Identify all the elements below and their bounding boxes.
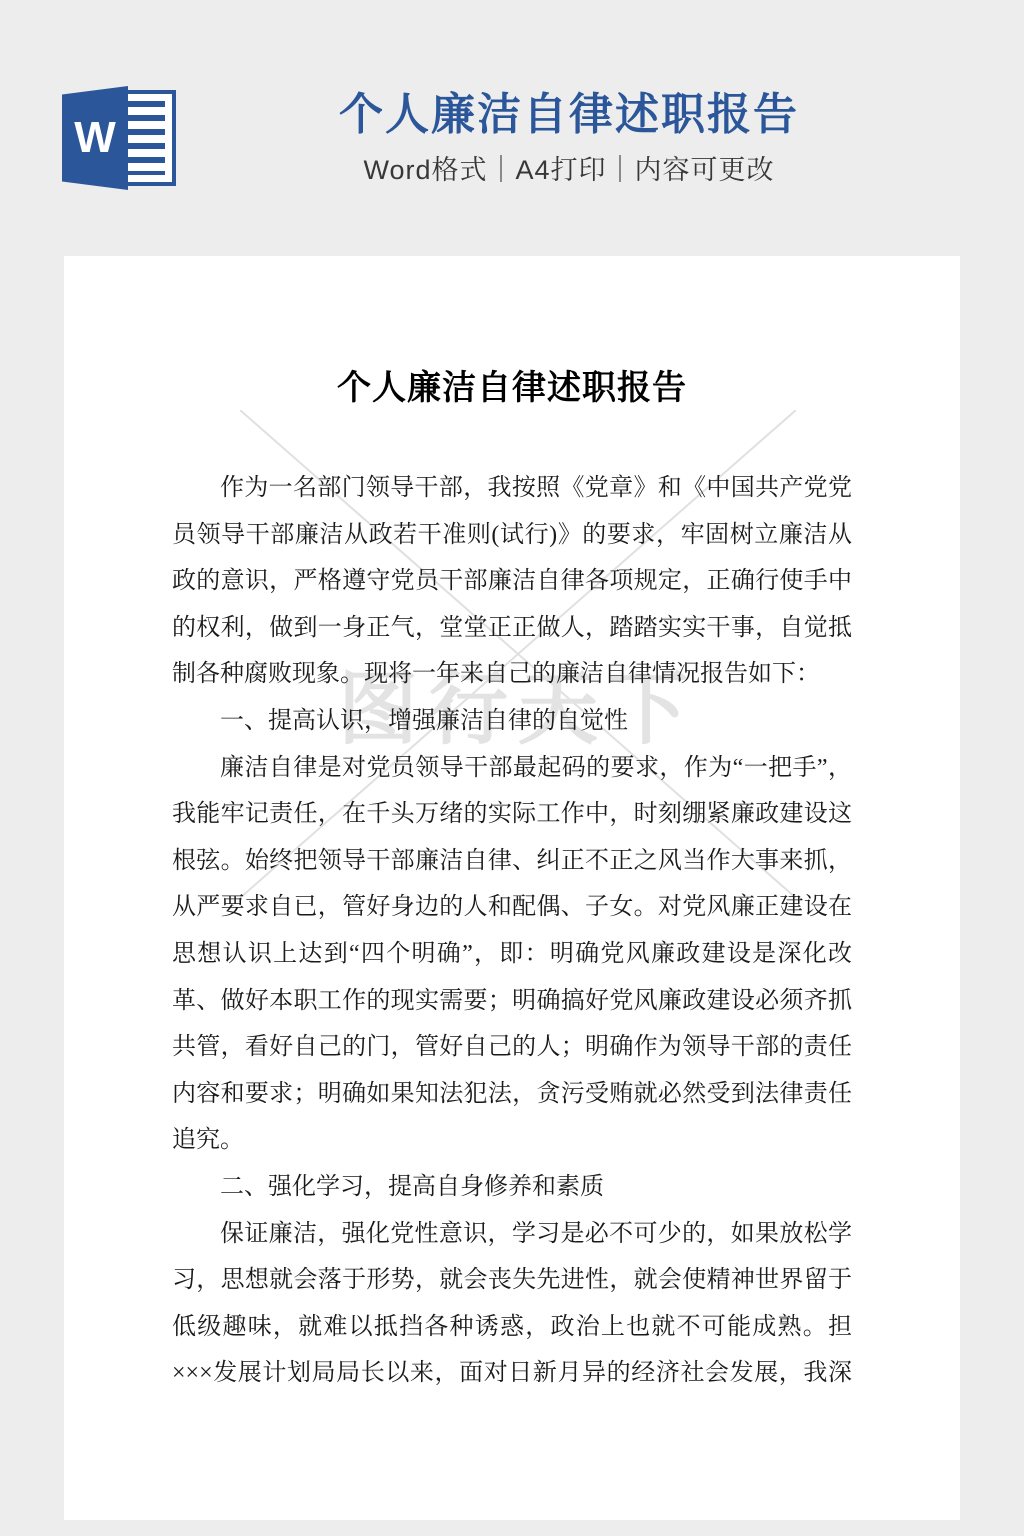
- word-icon: W: [62, 85, 178, 191]
- document-body: 作为一名部门领导干部，我按照《党章》和《中国共产党党员领导干部廉洁从政若干准则(…: [172, 465, 852, 1397]
- template-preview-screen: W 个人廉洁自律述职报告 Word格式｜A4打印｜内容可更改 图行天下 个人廉洁…: [0, 0, 1024, 1536]
- document-title: 个人廉洁自律述职报告: [172, 368, 852, 410]
- template-title: 个人廉洁自律述职报告: [178, 89, 960, 141]
- word-icon-letter: W: [74, 116, 116, 160]
- document-content: 个人廉洁自律述职报告 作为一名部门领导干部，我按照《党章》和《中国共产党党员领导…: [172, 368, 852, 1397]
- template-header: W 个人廉洁自律述职报告 Word格式｜A4打印｜内容可更改: [62, 85, 960, 191]
- document-page: 图行天下 个人廉洁自律述职报告 作为一名部门领导干部，我按照《党章》和《中国共产…: [64, 256, 960, 1520]
- section-heading-2: 二、强化学习，提高自身修养和素质: [172, 1164, 852, 1211]
- paragraph-section-1: 廉洁自律是对党员领导干部最起码的要求，作为“一把手”，我能牢记责任，在千头万绪的…: [172, 745, 852, 1164]
- header-text-block: 个人廉洁自律述职报告 Word格式｜A4打印｜内容可更改: [178, 85, 960, 185]
- section-heading-1: 一、提高认识，增强廉洁自律的自觉性: [172, 698, 852, 745]
- template-subtitle: Word格式｜A4打印｜内容可更改: [178, 155, 960, 185]
- paragraph-section-2: 保证廉洁，强化党性意识，学习是必不可少的，如果放松学习，思想就会落于形势，就会丧…: [172, 1211, 852, 1397]
- paragraph-intro: 作为一名部门领导干部，我按照《党章》和《中国共产党党员领导干部廉洁从政若干准则(…: [172, 465, 852, 698]
- word-w-flap-icon: W: [62, 85, 128, 191]
